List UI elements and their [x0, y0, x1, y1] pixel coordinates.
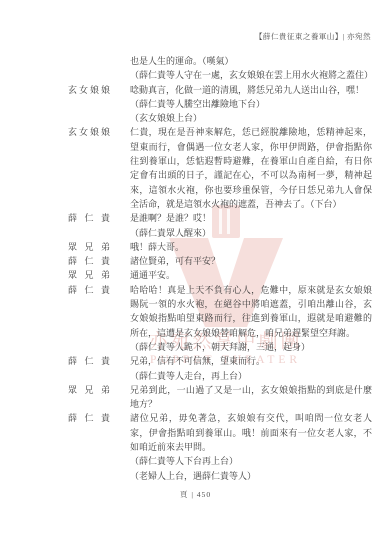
stage-direction-text: （薛仁貴等人走台，再上台）	[130, 369, 372, 383]
speaker-name: 玄女娘娘	[68, 83, 110, 97]
dialogue-block: 眾兄弟通通平安。	[68, 268, 372, 282]
stage-direction-block: （薛仁貴眾人醒來）	[68, 226, 372, 240]
stage-direction-text: （玄女娘娘上台）	[130, 111, 372, 125]
speaker-name: 薛仁貴	[68, 411, 110, 425]
speaker-name: 薛仁貴	[68, 283, 110, 297]
dialogue-text: 哦！薛大哥。	[130, 240, 372, 254]
stage-direction-text: （薛仁貴等人騰空出離險地下台）	[130, 97, 372, 111]
stage-direction-block: （薛仁貴等人跪下，朝天拜謝，三通，起身）	[68, 340, 372, 354]
dialogue-block: 玄女娘娘仁貴，現在是吾神來解危，恁已經脫離險地，恁精神起來，望東而行，會偶遇一位…	[68, 125, 372, 211]
dialogue-text: 唸動真言，化做一道的清風，將恁兄弟九人送出山谷，嘿！	[130, 83, 372, 97]
dialogue-block: 薛仁貴諸位賢弟，可有平安？	[68, 254, 372, 268]
dialogue-block: 薛仁貴是誰啊？是誰？哎！	[68, 211, 372, 225]
speaker-name: 眾兄弟	[68, 268, 110, 282]
dialogue-text: 兄弟，信有不可信無，望東而行。	[130, 354, 372, 368]
dialogue-block: 玄女娘娘唸動真言，化做一道的清風，將恁兄弟九人送出山谷，嘿！	[68, 83, 372, 97]
speaker-name: 薛仁貴	[68, 354, 110, 368]
stage-direction-block: （薛仁貴等人下台再上台）	[68, 454, 372, 468]
speaker-name: 眾兄弟	[68, 383, 110, 397]
dialogue-block: 眾兄弟哦！薛大哥。	[68, 240, 372, 254]
page-number: 頁 | 450	[0, 489, 391, 500]
dialogue-text: 兄弟到此，一山過了又是一山，玄女娘娘指點的到底是什麼地方？	[130, 383, 372, 412]
stage-direction-block: （薛仁貴等人守在一處，玄女娘娘在雲上用水火袍將之蓋住）	[68, 68, 372, 82]
stage-direction-text: （薛仁貴等人下台再上台）	[130, 454, 372, 468]
stage-direction-block: （玄女娘娘上台）	[68, 111, 372, 125]
stage-direction-text: 也是人生的運命。（嘆氣）	[130, 54, 372, 68]
dialogue-block: 薛仁貴兄弟，信有不可信無，望東而行。	[68, 354, 372, 368]
dialogue-block: 薛仁貴哈哈哈！真是上天不負有心人，危難中，原來就是玄女娘娘賜阮一領的水火袍，在絕…	[68, 283, 372, 340]
stage-direction-block: （薛仁貴等人走台，再上台）	[68, 369, 372, 383]
speaker-name: 玄女娘娘	[68, 125, 110, 139]
speaker-name: 薛仁貴	[68, 254, 110, 268]
stage-direction-text: （老婦人上台，遇薛仁貴等人）	[130, 469, 372, 483]
speaker-name: 眾兄弟	[68, 240, 110, 254]
stage-direction-block: 也是人生的運命。（嘆氣）	[68, 54, 372, 68]
stage-direction-block: （薛仁貴等人騰空出離險地下台）	[68, 97, 372, 111]
stage-direction-text: （薛仁貴等人守在一處，玄女娘娘在雲上用水火袍將之蓋住）	[130, 68, 372, 82]
dialogue-text: 哈哈哈！真是上天不負有心人，危難中，原來就是玄女娘娘賜阮一領的水火袍，在絕谷中將…	[130, 283, 372, 340]
stage-direction-text: （薛仁貴等人跪下，朝天拜謝，三通，起身）	[130, 340, 372, 354]
dialogue-text: 諸位兄弟，毋免著急，玄娘娘有交代，叫咱問一位女老人家，伊會指點咱到養軍山。哦！前…	[130, 411, 372, 454]
stage-direction-text: （薛仁貴眾人醒來）	[130, 226, 372, 240]
stage-direction-block: （老婦人上台，遇薛仁貴等人）	[68, 469, 372, 483]
speaker-name: 薛仁貴	[68, 211, 110, 225]
dialogue-text: 通通平安。	[130, 268, 372, 282]
dialogue-block: 薛仁貴諸位兄弟，毋免著急，玄娘娘有交代，叫咱問一位女老人家，伊會指點咱到養軍山。…	[68, 411, 372, 454]
dialogue-text: 仁貴，現在是吾神來解危，恁已經脫離險地，恁精神起來，望東而行，會偶遇一位女老人家…	[130, 125, 372, 211]
script-body: 也是人生的運命。（嘆氣）（薛仁貴等人守在一處，玄女娘娘在雲上用水火袍將之蓋住）玄…	[68, 54, 372, 483]
dialogue-block: 眾兄弟兄弟到此，一山過了又是一山，玄女娘娘指點的到底是什麼地方？	[68, 383, 372, 412]
running-header-title: 【薛仁貴征東之養軍山】| 亦宛然	[255, 31, 371, 42]
dialogue-text: 是誰啊？是誰？哎！	[130, 211, 372, 225]
script-page: 亦宛然掌中劇團 PUPPET THEATER 【薛仁貴征東之養軍山】| 亦宛然 …	[0, 0, 391, 553]
dialogue-text: 諸位賢弟，可有平安？	[130, 254, 372, 268]
